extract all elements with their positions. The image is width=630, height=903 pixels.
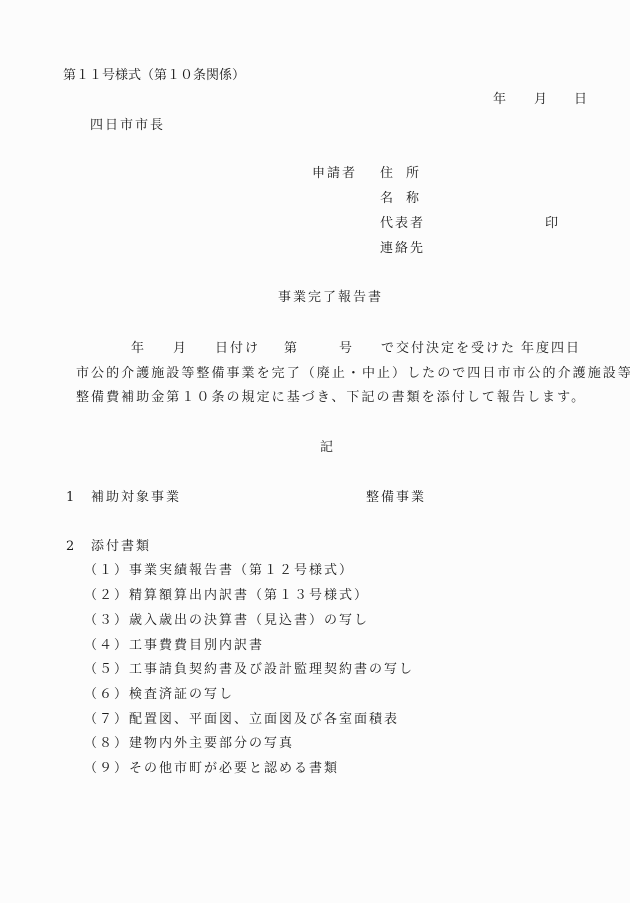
- attachment-item: （７）配置図、平面図、立面図及び各室面積表: [84, 712, 399, 728]
- document-title: 事業完了報告書: [278, 290, 383, 306]
- section-1-number: 1: [66, 490, 74, 506]
- date-day-label: 日: [574, 92, 587, 108]
- attachment-item: （８）建物内外主要部分の写真: [84, 736, 294, 752]
- applicant-name-label: 名 称: [380, 191, 419, 207]
- attachment-item: （４）工事費費目別内訳書: [84, 638, 264, 654]
- body-line-2: 市公的介護施設等整備事業を完了（廃止・中止）したので四日市市公的介護施設等: [76, 366, 630, 382]
- body-year-label: 年: [131, 341, 144, 357]
- body-number-prefix: 第: [284, 341, 297, 357]
- section-1-label: 補助対象事業: [91, 490, 181, 506]
- body-month-label: 月: [173, 341, 186, 357]
- addressee: 四日市市長: [90, 118, 165, 134]
- attachment-item: （２）精算額算出内訳書（第１３号様式）: [84, 588, 369, 604]
- section-1-value: 整備事業: [366, 490, 426, 506]
- document-page: 第１１号様式（第１０条関係） 年 月 日 四日市市長 申請者 住 所 名 称 代…: [0, 0, 630, 903]
- date-month-label: 月: [534, 92, 547, 108]
- section-2-number: 2: [66, 539, 74, 555]
- body-line-3: 整備費補助金第１０条の規定に基づき、下記の書類を添付して報告します。: [76, 390, 586, 406]
- body-number-suffix: 号: [339, 341, 352, 357]
- applicant-contact-label: 連絡先: [380, 241, 425, 257]
- seal-mark: 印: [545, 216, 558, 232]
- attachment-item: （５）工事請負契約書及び設計監理契約書の写し: [84, 662, 414, 678]
- body-fiscal-year: 年度四日: [521, 341, 581, 357]
- applicant-label: 申請者: [312, 166, 357, 182]
- attachment-item: （３）歳入歳出の決算書（見込書）の写し: [84, 613, 369, 629]
- body-day-suffix: 日付け: [215, 341, 260, 357]
- form-number: 第１１号様式（第１０条関係）: [63, 68, 245, 84]
- note-heading: 記: [320, 440, 333, 456]
- attachment-item: （１）事業実績報告書（第１２号様式）: [84, 563, 354, 579]
- date-year-label: 年: [493, 92, 506, 108]
- applicant-address-label: 住 所: [380, 166, 419, 182]
- applicant-representative-label: 代表者: [380, 216, 425, 232]
- section-2-label: 添付書類: [91, 539, 151, 555]
- attachment-item: （９）その他市町が必要と認める書類: [84, 761, 339, 777]
- body-text-after: で交付決定を受けた: [381, 341, 516, 357]
- attachment-item: （６）検査済証の写し: [84, 687, 234, 703]
